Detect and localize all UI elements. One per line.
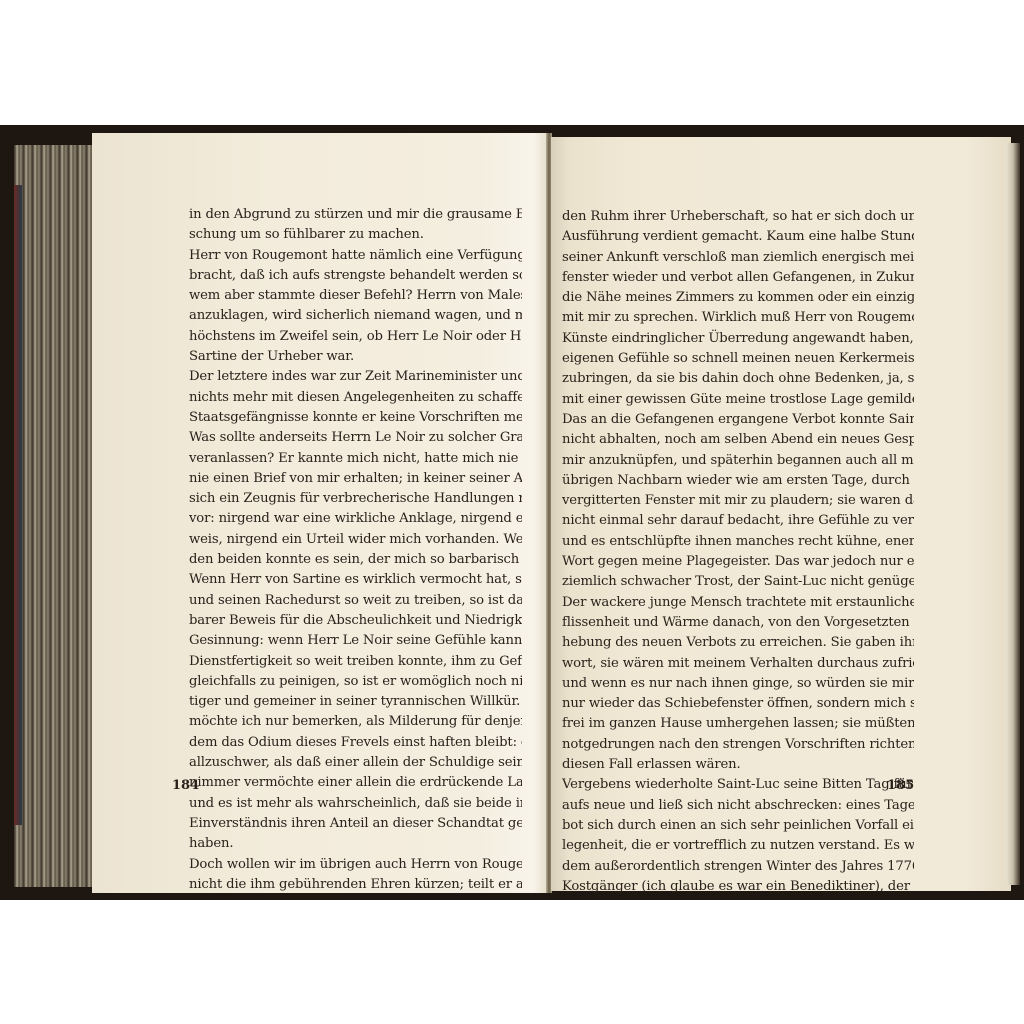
text-line: diesen Fall erlassen wären. [562,755,914,775]
text-line: frei im ganzen Hause umhergehen lassen; … [562,714,914,734]
text-line: Gesinnung: wenn Herr Le Noir seine Gefüh… [189,631,522,651]
text-line: anzuklagen, wird sicherlich niemand wage… [189,306,522,326]
text-line: und es ist mehr als wahrscheinlich, daß … [189,794,522,814]
text-line: eigenen Gefühle so schnell meinen neuen … [562,349,914,369]
text-line: bracht, daß ich aufs strengste behandelt… [189,266,522,286]
page-edges-left [14,145,94,887]
text-line: Einverständnis ihren Anteil an dieser Sc… [189,814,522,834]
text-line: Der wackere junge Mensch trachtete mit e… [562,593,914,613]
text-line: mit einer gewissen Güte meine trostlose … [562,390,914,410]
text-line: nimmer vermöchte einer allein die erdrüc… [189,773,522,793]
text-line: ziemlich schwacher Trost, der Saint-Luc … [562,572,914,592]
open-book: in den Abgrund zu stürzen und mir die gr… [0,125,1024,900]
text-line: Wort gegen meine Plagegeister. Das war j… [562,552,914,572]
text-line: flissenheit und Wärme danach, von den Vo… [562,613,914,633]
text-line: und wenn es nur nach ihnen ginge, so wür… [562,674,914,694]
text-line: Vergebens wiederholte Saint-Luc seine Bi… [562,775,914,795]
text-line: Das an die Gefangenen ergangene Verbot k… [562,410,914,430]
text-line: Wenn Herr von Sartine es wirklich vermoc… [189,570,522,590]
text-line: haben. [189,834,522,854]
text-line: Staatsgefängnisse konnte er keine Vorsch… [189,408,522,428]
text-line: Herr von Rougemont hatte nämlich eine Ve… [189,246,522,266]
text-line: Kostgänger (ich glaube es war ein Benedi… [562,877,914,897]
text-line: bot sich durch einen an sich sehr peinli… [562,816,914,836]
text-line: nur wieder das Schiebefenster öffnen, so… [562,694,914,714]
text-line: nicht einmal sehr darauf bedacht, ihre G… [562,511,914,531]
right-page: den Ruhm ihrer Urheberschaft, so hat er … [551,137,1011,891]
text-line: dem das Odium dieses Frevels einst hafte… [189,733,522,753]
text-line: Sartine der Urheber war. [189,347,522,367]
left-page: in den Abgrund zu stürzen und mir die gr… [92,133,547,893]
left-page-text: in den Abgrund zu stürzen und mir die gr… [189,205,522,895]
text-line: Doch wollen wir im übrigen auch Herrn vo… [189,855,522,875]
right-page-text: den Ruhm ihrer Urheberschaft, so hat er … [562,207,914,897]
text-line: höchstens im Zweifel sein, ob Herr Le No… [189,327,522,347]
text-line: Ausführung verdient gemacht. Kaum eine h… [562,227,914,247]
text-line: vor: nirgend war eine wirkliche Anklage,… [189,509,522,529]
text-line: Künste eindringlicher Überredung angewan… [562,329,914,349]
text-line: und es entschlüpfte ihnen manches recht … [562,532,914,552]
text-line: schung um so fühlbarer zu machen. [189,225,522,245]
text-line: fenster wieder und verbot allen Gefangen… [562,268,914,288]
text-line: Der letztere indes war zur Zeit Marinemi… [189,367,522,387]
left-page-number: 184 [172,778,199,793]
text-line: aufs neue und ließ sich nicht abschrecke… [562,796,914,816]
text-line: Dienstfertigkeit so weit treiben konnte,… [189,652,522,672]
text-line: zubringen, da sie bis dahin doch ohne Be… [562,369,914,389]
page-edges-right [1006,143,1020,885]
text-line: die Nähe meines Zimmers zu kommen oder e… [562,288,914,308]
cover-edge [14,185,22,825]
text-line: legenheit, die er vortrefflich zu nutzen… [562,836,914,856]
text-line: hebung des neuen Verbots zu erreichen. S… [562,633,914,653]
text-line: mit mir zu sprechen. Wirklich muß Herr v… [562,308,914,328]
text-line: Was sollte anderseits Herrn Le Noir zu s… [189,428,522,448]
text-line: übrigen Nachbarn wieder wie am ersten Ta… [562,471,914,491]
text-line: in den Abgrund zu stürzen und mir die gr… [189,205,522,225]
text-line: nichts mehr mit diesen Angelegenheiten z… [189,388,522,408]
text-line: und seinen Rachedurst so weit zu treiben… [189,591,522,611]
text-line: nicht abhalten, noch am selben Abend ein… [562,430,914,450]
right-page-number: 185 [887,778,914,793]
text-line: wem aber stammte dieser Befehl? Herrn vo… [189,286,522,306]
text-line: barer Beweis für die Abscheulichkeit und… [189,611,522,631]
text-line: tiger und gemeiner in seiner tyrannische… [189,692,522,712]
text-line: möchte ich nur bemerken, als Milderung f… [189,712,522,732]
text-line: weis, nirgend ein Urteil wider mich vorh… [189,530,522,550]
text-line: nicht die ihm gebührenden Ehren kürzen; … [189,875,522,895]
text-line: allzuschwer, als daß einer allein der Sc… [189,753,522,773]
text-line: notgedrungen nach den strengen Vorschrif… [562,735,914,755]
text-line: gleichfalls zu peinigen, so ist er womög… [189,672,522,692]
text-line: dem außerordentlich strengen Winter des … [562,857,914,877]
text-line: veranlassen? Er kannte mich nicht, hatte… [189,449,522,469]
text-line: den Ruhm ihrer Urheberschaft, so hat er … [562,207,914,227]
text-line: sich ein Zeugnis für verbrecherische Han… [189,489,522,509]
text-line: wort, sie wären mit meinem Verhalten dur… [562,654,914,674]
text-line: den beiden konnte es sein, der mich so b… [189,550,522,570]
text-line: vergitterten Fenster mit mir zu plaudern… [562,491,914,511]
text-line: mir anzuknüpfen, und späterhin begannen … [562,451,914,471]
text-line: nie einen Brief von mir erhalten; in kei… [189,469,522,489]
text-line: seiner Ankunft verschloß man ziemlich en… [562,248,914,268]
